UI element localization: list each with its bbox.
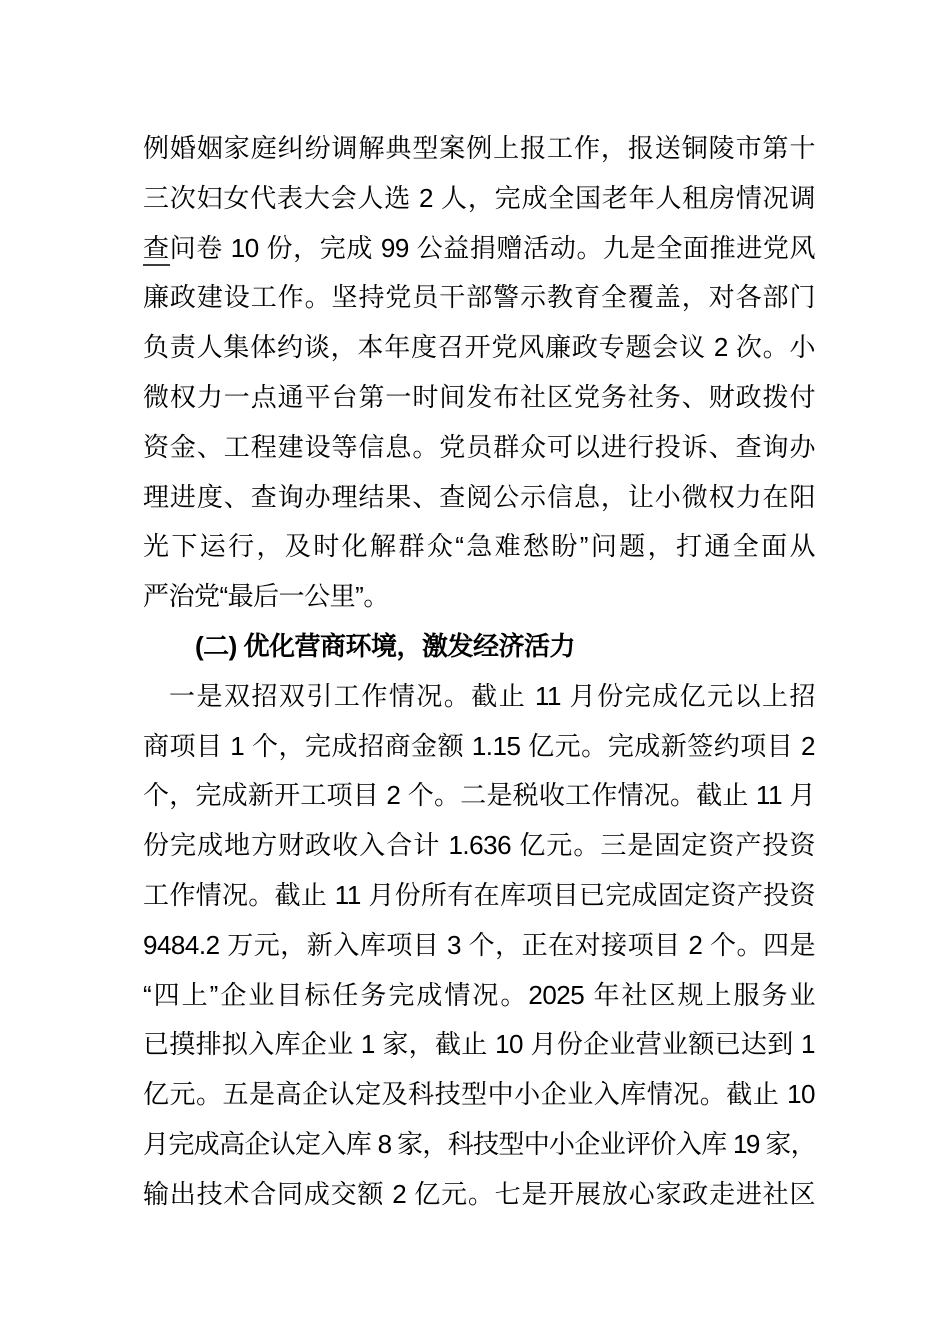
text-line: 廉政建设工作。坚持党员干部警示教育全覆盖，对各部门 bbox=[143, 273, 815, 323]
text-run: 廉政建设工作。坚持党员干部警示教育全覆盖，对各部门 bbox=[143, 282, 815, 312]
text-line: 亿元。五是高企认定及科技型中小企业入库情况。截止 10 bbox=[143, 1070, 815, 1120]
section-heading: (二) 优化营商环境，激发经济活力 bbox=[143, 622, 815, 672]
text-line: 商项目 1 个，完成招商金额 1.15 亿元。完成新签约项目 2 bbox=[143, 722, 815, 772]
text-run: 商项目 1 个，完成招商金额 1.15 亿元。完成新签约项目 2 bbox=[143, 731, 815, 761]
text-run: 月完成高企认定入库 8 家，科技型中小企业评价入库 19 家， bbox=[143, 1129, 815, 1159]
text-line: 月完成高企认定入库 8 家，科技型中小企业评价入库 19 家， bbox=[143, 1120, 815, 1170]
text-run: 份完成地方财政收入合计 1.636 亿元。三是固定资产投资 bbox=[143, 830, 815, 860]
text-run: 资金、工程建设等信息。党员群众可以进行投诉、查询办 bbox=[143, 432, 815, 462]
text-run: 例婚姻家庭纠纷调解典型案例上报工作，报送铜陵市第十 bbox=[143, 133, 815, 163]
document-text-block: 例婚姻家庭纠纷调解典型案例上报工作，报送铜陵市第十三次妇女代表大会人选 2 人，… bbox=[143, 124, 815, 1220]
text-run: 严治党“最后一公里”。 bbox=[143, 581, 389, 611]
text-line: 查问卷 10 份，完成 99 公益捐赠活动。九是全面推进党风 bbox=[143, 224, 815, 274]
text-run: 9484.2 万元，新入库项目 3 个，正在对接项目 2 个。四是 bbox=[143, 930, 815, 960]
text-line: “四上”企业目标任务完成情况。2025 年社区规上服务业 bbox=[143, 971, 815, 1021]
text-line: 三次妇女代表大会人选 2 人，完成全国老年人租房情况调 bbox=[143, 174, 815, 224]
text-line: 例婚姻家庭纠纷调解典型案例上报工作，报送铜陵市第十 bbox=[143, 124, 815, 174]
text-run: 输出技术合同成交额 2 亿元。七是开展放心家政走进社区 bbox=[143, 1179, 815, 1209]
text-run: 已摸排拟入库企业 1 家，截止 10 月份企业营业额已达到 1 bbox=[143, 1029, 815, 1059]
proofing-underline: 查 bbox=[143, 233, 170, 266]
text-line: 资金、工程建设等信息。党员群众可以进行投诉、查询办 bbox=[143, 423, 815, 473]
text-run: “四上”企业目标任务完成情况。2025 年社区规上服务业 bbox=[143, 980, 815, 1010]
text-line: 输出技术合同成交额 2 亿元。七是开展放心家政走进社区 bbox=[143, 1170, 815, 1220]
text-run: 微权力一点通平台第一时间发布社区党务社务、财政拨付 bbox=[143, 382, 815, 412]
text-run: 个，完成新开工项目 2 个。二是税收工作情况。截止 11 月 bbox=[143, 780, 815, 810]
text-run: 问卷 10 份，完成 99 公益捐赠活动。九是全面推进党风 bbox=[170, 233, 815, 263]
text-line: 个，完成新开工项目 2 个。二是税收工作情况。截止 11 月 bbox=[143, 771, 815, 821]
text-run: 一是双招双引工作情况。截止 11 月份完成亿元以上招 bbox=[169, 681, 815, 711]
text-run: 亿元。五是高企认定及科技型中小企业入库情况。截止 10 bbox=[143, 1079, 815, 1109]
text-line: 负责人集体约谈，本年度召开党风廉政专题会议 2 次。小 bbox=[143, 323, 815, 373]
text-run: (二) 优化营商环境，激发经济活力 bbox=[195, 631, 575, 661]
text-line: 已摸排拟入库企业 1 家，截止 10 月份企业营业额已达到 1 bbox=[143, 1020, 815, 1070]
text-line: 份完成地方财政收入合计 1.636 亿元。三是固定资产投资 bbox=[143, 821, 815, 871]
text-run: 理进度、查询办理结果、查阅公示信息，让小微权力在阳 bbox=[143, 482, 815, 512]
text-line: 微权力一点通平台第一时间发布社区党务社务、财政拨付 bbox=[143, 373, 815, 423]
text-run: 三次妇女代表大会人选 2 人，完成全国老年人租房情况调 bbox=[143, 183, 815, 213]
text-line: 一是双招双引工作情况。截止 11 月份完成亿元以上招 bbox=[143, 672, 815, 722]
text-line: 严治党“最后一公里”。 bbox=[143, 572, 815, 622]
document-page: 例婚姻家庭纠纷调解典型案例上报工作，报送铜陵市第十三次妇女代表大会人选 2 人，… bbox=[0, 0, 950, 1344]
text-run: 负责人集体约谈，本年度召开党风廉政专题会议 2 次。小 bbox=[143, 332, 815, 362]
text-line: 工作情况。截止 11 月份所有在库项目已完成固定资产投资 bbox=[143, 871, 815, 921]
text-run: 工作情况。截止 11 月份所有在库项目已完成固定资产投资 bbox=[143, 880, 815, 910]
text-line: 9484.2 万元，新入库项目 3 个，正在对接项目 2 个。四是 bbox=[143, 921, 815, 971]
text-line: 理进度、查询办理结果、查阅公示信息，让小微权力在阳 bbox=[143, 473, 815, 523]
text-run: 光下运行，及时化解群众“急难愁盼”问题，打通全面从 bbox=[143, 531, 815, 561]
text-line: 光下运行，及时化解群众“急难愁盼”问题，打通全面从 bbox=[143, 522, 815, 572]
